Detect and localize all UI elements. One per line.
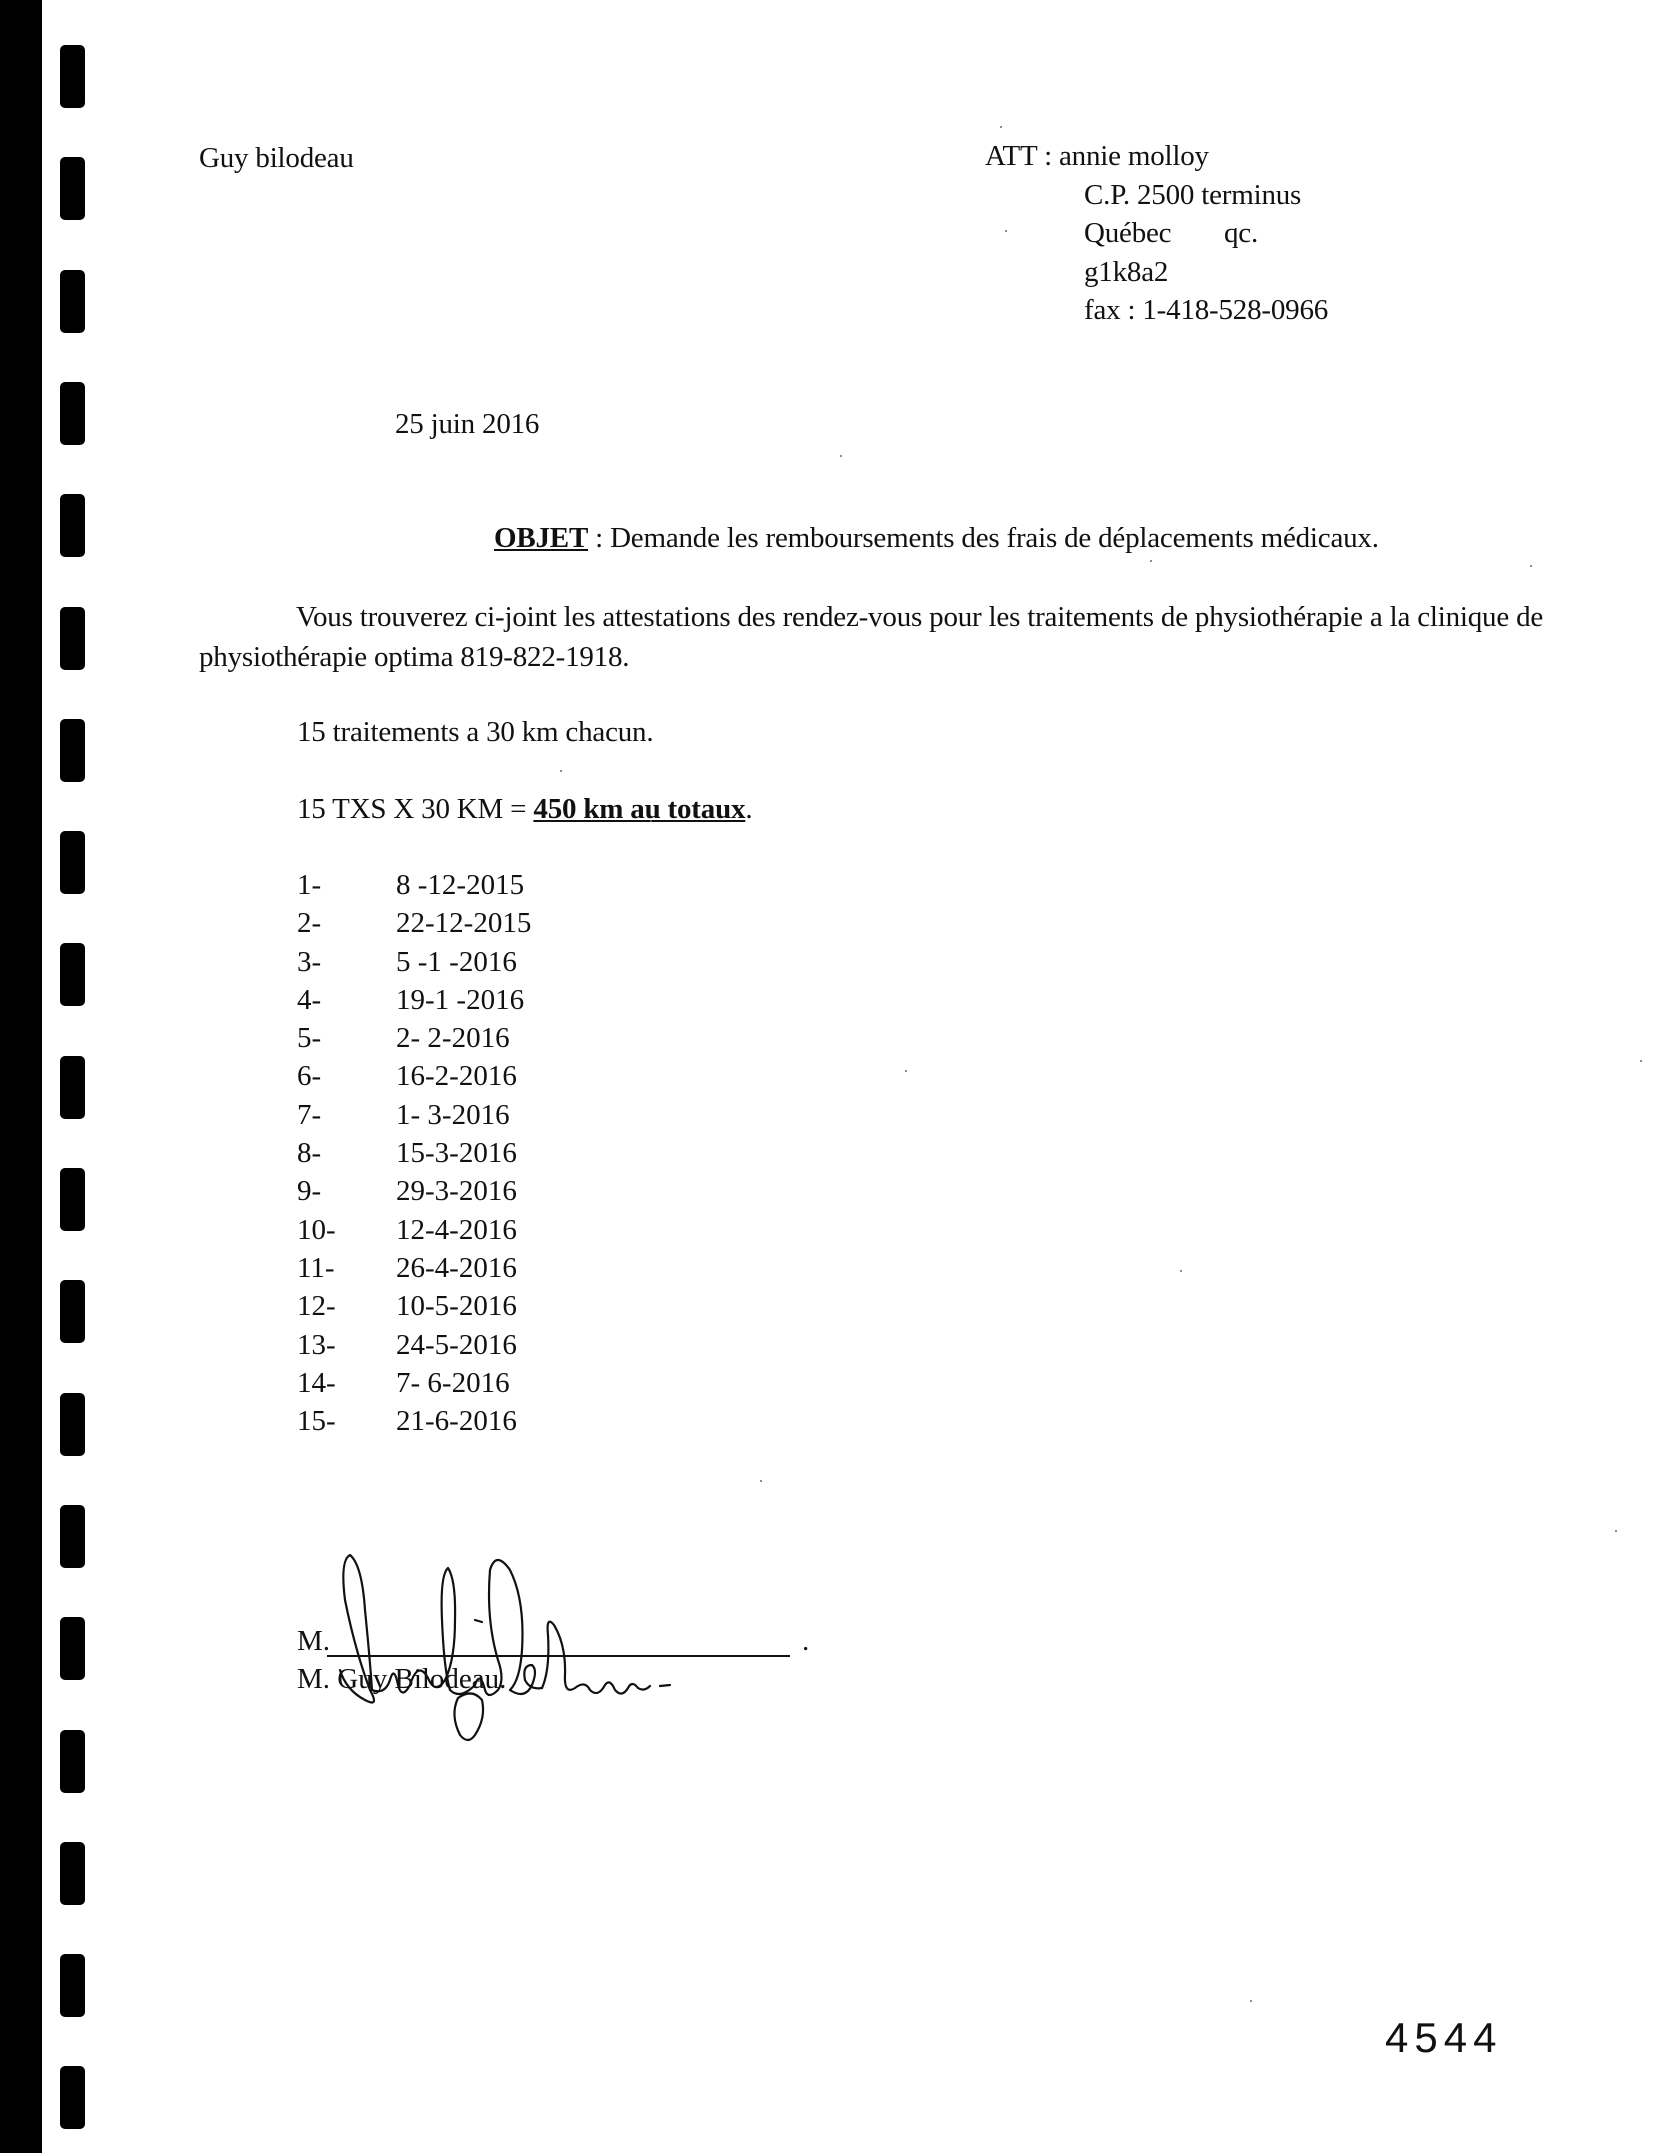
scan-speck (650, 820, 652, 822)
treatment-number: 10- (297, 1211, 396, 1249)
perforation-mark (60, 494, 85, 557)
treatment-number: 5- (297, 1019, 396, 1057)
scan-speck (1150, 560, 1152, 562)
treatment-date-row: 11-26-4-2016 (297, 1249, 531, 1287)
treatments-line: 15 traitements a 30 km chacun. (297, 713, 653, 751)
scan-speck (1000, 126, 1002, 128)
treatment-date: 2- 2-2016 (396, 1019, 510, 1057)
recipient-city: Québec (1084, 214, 1224, 252)
treatment-date-row: 14-7- 6-2016 (297, 1364, 531, 1402)
signature-suffix: . (802, 1622, 809, 1660)
perforation-mark (60, 943, 85, 1006)
signatory-printed-name: M. Guy Bilodeau. (297, 1660, 506, 1698)
perforation-mark (60, 1730, 85, 1793)
recipient-address-block: ATT : annie molloy C.P. 2500 terminus Qu… (985, 137, 1328, 330)
treatment-number: 4- (297, 981, 396, 1019)
perforation-mark (60, 157, 85, 220)
treatment-date: 19-1 -2016 (396, 981, 524, 1019)
scan-speck (840, 455, 842, 457)
recipient-att: ATT : annie molloy (985, 137, 1328, 176)
treatment-number: 11- (297, 1249, 396, 1287)
letter-date: 25 juin 2016 (395, 405, 539, 443)
scan-speck (905, 1070, 907, 1072)
calc-prefix: 15 TXS X 30 KM = (297, 793, 533, 825)
treatment-date-row: 1-8 -12-2015 (297, 866, 531, 904)
perforation-strip (60, 0, 86, 2153)
treatment-number: 14- (297, 1364, 396, 1402)
subject-text: Demande les remboursements des frais de … (610, 522, 1379, 554)
body-paragraph: Vous trouverez ci-joint les attestations… (199, 597, 1579, 677)
perforation-mark (60, 382, 85, 445)
scan-speck (1250, 2000, 1252, 2002)
scan-speck (1530, 565, 1532, 567)
signature-block: M. . M. Guy Bilodeau. (297, 1622, 506, 1698)
treatment-date: 15-3-2016 (396, 1134, 517, 1172)
treatment-date-row: 8-15-3-2016 (297, 1134, 531, 1172)
perforation-mark (60, 1842, 85, 1905)
scan-speck (760, 1480, 762, 1482)
treatment-date: 5 -1 -2016 (396, 943, 517, 981)
calc-total: 450 km au totaux (533, 793, 745, 825)
scan-edge-band (0, 0, 42, 2153)
treatment-date: 1- 3-2016 (396, 1096, 510, 1134)
scan-speck (1615, 1530, 1617, 1532)
treatment-date-row: 12-10-5-2016 (297, 1287, 531, 1325)
signature-line: M. . (297, 1622, 506, 1660)
recipient-city-line: Québecqc. (985, 214, 1328, 253)
perforation-mark (60, 1505, 85, 1568)
calc-suffix: . (745, 793, 752, 825)
perforation-mark (60, 1617, 85, 1680)
perforation-mark (60, 831, 85, 894)
subject-separator: : (588, 522, 610, 554)
perforation-mark (60, 1954, 85, 2017)
treatment-date: 22-12-2015 (396, 904, 531, 942)
treatment-date-row: 9-29-3-2016 (297, 1172, 531, 1210)
treatment-date: 24-5-2016 (396, 1326, 517, 1364)
treatment-number: 1- (297, 866, 396, 904)
treatment-date-row: 4-19-1 -2016 (297, 981, 531, 1019)
treatment-date: 21-6-2016 (396, 1402, 517, 1440)
treatment-date: 29-3-2016 (396, 1172, 517, 1210)
treatment-date-row: 6-16-2-2016 (297, 1057, 531, 1095)
treatment-date: 10-5-2016 (396, 1287, 517, 1325)
treatment-date: 8 -12-2015 (396, 866, 524, 904)
treatment-number: 2- (297, 904, 396, 942)
treatment-number: 12- (297, 1287, 396, 1325)
signature-prefix: M. (297, 1625, 330, 1657)
scan-speck (1180, 1270, 1182, 1272)
perforation-mark (60, 607, 85, 670)
treatment-number: 7- (297, 1096, 396, 1134)
treatment-number: 6- (297, 1057, 396, 1095)
perforation-mark (60, 1168, 85, 1231)
scan-speck (1005, 230, 1007, 232)
treatment-date-row: 2-22-12-2015 (297, 904, 531, 942)
treatment-date: 16-2-2016 (396, 1057, 517, 1095)
recipient-postal-code: g1k8a2 (985, 253, 1328, 292)
treatment-date-row: 5-2- 2-2016 (297, 1019, 531, 1057)
treatment-number: 9- (297, 1172, 396, 1210)
perforation-mark (60, 2066, 85, 2129)
treatment-dates-list: 1-8 -12-20152-22-12-20153-5 -1 -20164-19… (297, 866, 531, 1440)
perforation-mark (60, 45, 85, 108)
body-paragraph-text: Vous trouverez ci-joint les attestations… (199, 601, 1543, 673)
treatment-date-row: 3-5 -1 -2016 (297, 943, 531, 981)
perforation-mark (60, 1393, 85, 1456)
perforation-mark (60, 270, 85, 333)
subject-line: OBJET : Demande les remboursements des f… (494, 519, 1379, 557)
treatment-date-row: 7-1- 3-2016 (297, 1096, 531, 1134)
subject-label: OBJET (494, 522, 588, 554)
recipient-address-line: C.P. 2500 terminus (985, 176, 1328, 215)
treatment-number: 15- (297, 1402, 396, 1440)
treatment-date: 12-4-2016 (396, 1211, 517, 1249)
page-stamp-number: 4544 (1385, 2014, 1502, 2062)
perforation-mark (60, 719, 85, 782)
perforation-mark (60, 1056, 85, 1119)
sender-name: Guy bilodeau (199, 139, 354, 177)
treatment-number: 3- (297, 943, 396, 981)
treatment-date-row: 15-21-6-2016 (297, 1402, 531, 1440)
treatment-date-row: 13-24-5-2016 (297, 1326, 531, 1364)
treatment-number: 13- (297, 1326, 396, 1364)
treatment-number: 8- (297, 1134, 396, 1172)
treatment-date-row: 10-12-4-2016 (297, 1211, 531, 1249)
recipient-province: qc. (1224, 217, 1258, 249)
perforation-mark (60, 1280, 85, 1343)
treatment-date: 26-4-2016 (396, 1249, 517, 1287)
scan-speck (560, 770, 562, 772)
signature-underline (327, 1655, 790, 1657)
scan-speck (1640, 1060, 1642, 1062)
total-calculation: 15 TXS X 30 KM = 450 km au totaux. (297, 790, 752, 828)
treatment-date: 7- 6-2016 (396, 1364, 510, 1402)
recipient-fax: fax : 1-418-528-0966 (985, 291, 1328, 330)
